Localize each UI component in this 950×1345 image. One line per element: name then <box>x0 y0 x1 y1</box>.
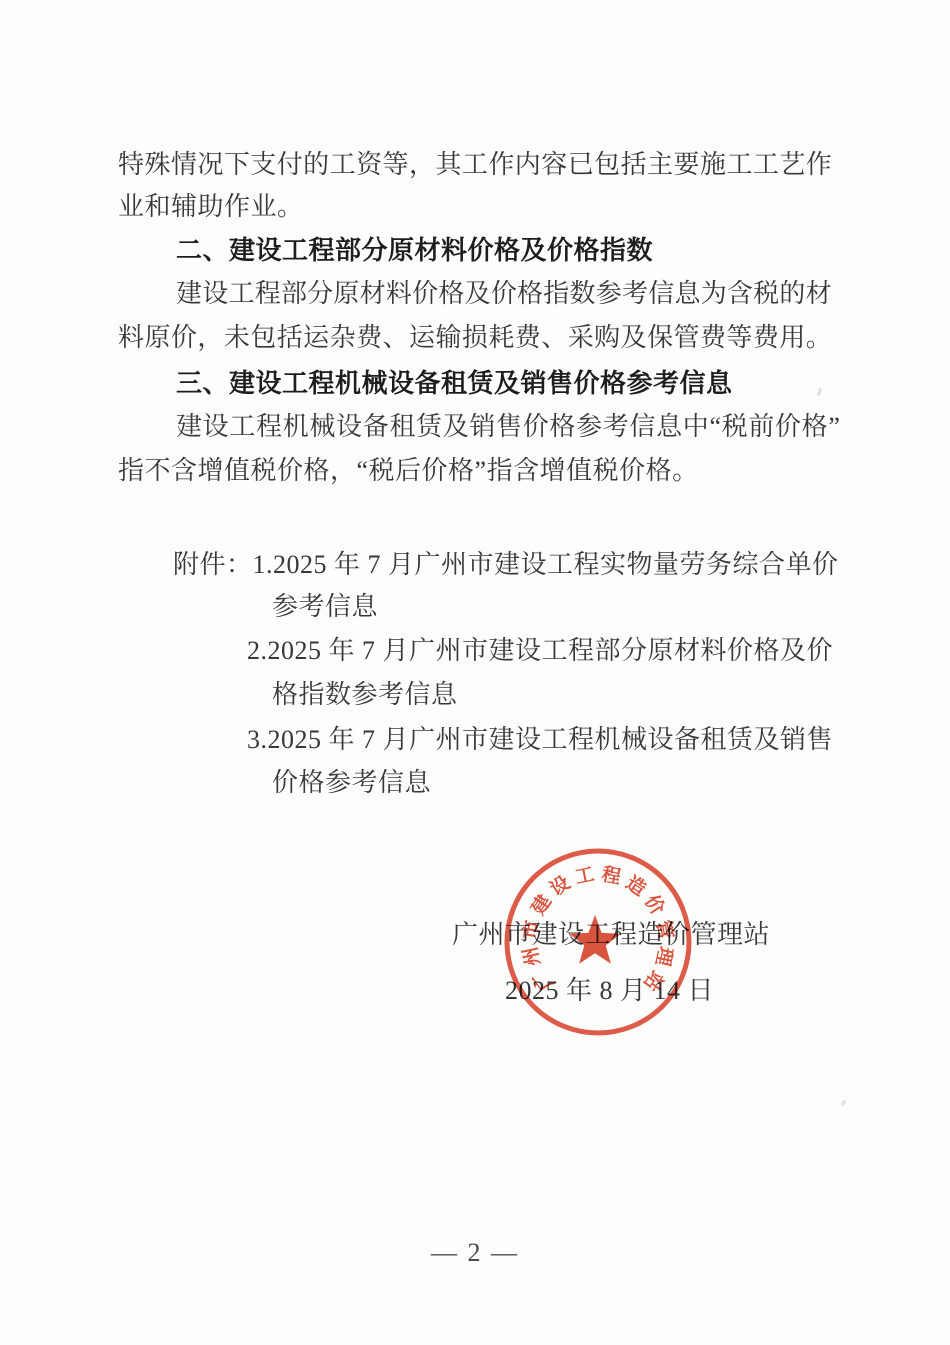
paragraph-3-line-1: 建设工程机械设备租赁及销售价格参考信息中“税前价格” <box>176 409 840 445</box>
seal-ring-char: 管 <box>652 918 678 941</box>
paragraph-3-line-2: 指不含增值税价格，“税后价格”指含增值税价格。 <box>118 453 699 489</box>
seal-ring-char: 造 <box>622 871 651 901</box>
seal-ring-char: 市 <box>518 918 544 941</box>
attachment-line: 3.2025 年 7 月广州市建设工程机械设备租赁及销售 <box>247 722 833 758</box>
seal-ring-char: 价 <box>640 891 670 920</box>
seal-ring-char: 站 <box>639 967 669 996</box>
seal-ring-char: 程 <box>600 862 623 888</box>
seal-ring-char: 工 <box>573 864 596 888</box>
attachment-line: 参考信息 <box>272 589 378 625</box>
official-seal-stamp: 广州市建设工程造价管理站 <box>498 842 698 1042</box>
page-number: — 2 — <box>0 1235 950 1271</box>
seal-star-icon <box>569 915 620 964</box>
document-page: 特殊情况下支付的工资等，其工作内容已包括主要施工工艺作 业和辅助作业。 二、建设… <box>0 0 950 1345</box>
paragraph-1-line-2: 业和辅助作业。 <box>118 189 304 225</box>
section-heading-3: 三、建设工程机械设备租赁及销售价格参考信息 <box>176 365 733 401</box>
attachment-line: 价格参考信息 <box>272 765 431 801</box>
seal-ring-char: 州 <box>519 945 545 968</box>
seal-ring-char: 建 <box>526 891 556 920</box>
scan-artifact <box>817 388 822 397</box>
paragraph-2-line-2: 料原价，未包括运杂费、运输损耗费、采购及保管费等费用。 <box>118 320 832 356</box>
attachment-line: 2.2025 年 7 月广州市建设工程部分原材料价格及价 <box>247 633 833 669</box>
attachment-line: 格指数参考信息 <box>272 677 458 713</box>
paragraph-1-line-1: 特殊情况下支付的工资等，其工作内容已包括主要施工工艺作 <box>118 147 832 183</box>
seal-ring-char: 设 <box>546 871 575 901</box>
seal-ring-char: 理 <box>651 945 677 969</box>
scan-artifact <box>841 1100 846 1107</box>
attachment-line: 附件：1.2025 年 7 月广州市建设工程实物量劳务综合单价 <box>173 547 839 583</box>
seal-ring-char: 广 <box>527 967 557 996</box>
paragraph-2-line-1: 建设工程部分原材料价格及价格指数参考信息为含税的材 <box>176 276 832 312</box>
section-heading-2: 二、建设工程部分原材料价格及价格指数 <box>176 232 653 268</box>
